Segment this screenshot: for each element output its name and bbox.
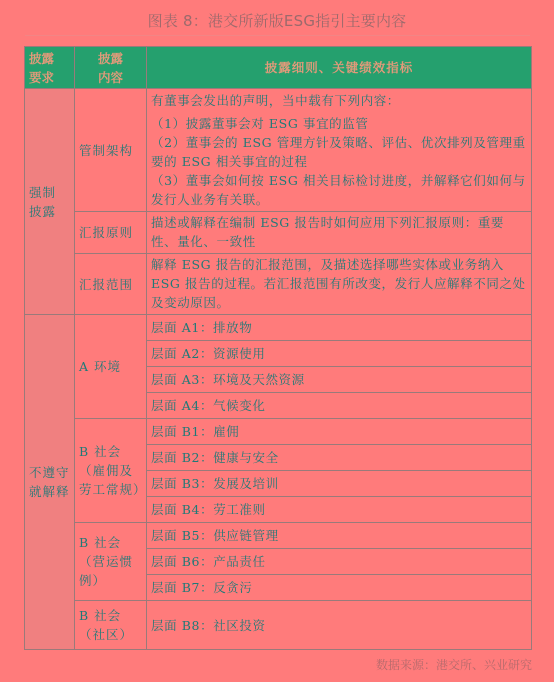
aspect-a4: 层面 A4：气候变化 — [147, 393, 532, 419]
figure-title: 图表 8：港交所新版ESG指引主要内容 — [0, 10, 554, 31]
aspect-b6: 层面 B6：产品责任 — [147, 549, 532, 575]
requirement-line: 披露 — [29, 202, 70, 221]
aspect-b4: 层面 B4：劳工准则 — [147, 497, 532, 523]
data-source-note: 数据来源：港交所、兴业研究 — [376, 656, 532, 673]
table-row: 不遵守 就解释 A 环境 层面 A1：排放物 — [25, 315, 532, 341]
details-reporting-boundary: 解释 ESG 报告的汇报范围，及描述选择哪些实体或业务纳入 ESG 报告的过程。… — [147, 254, 532, 315]
requirement-line: 不遵守 — [29, 463, 70, 482]
detail-line: （2）董事会的 ESG 管理方针及策略、评估、优次排列及管理重要的 ESG 相关… — [151, 133, 527, 171]
content-reporting-principles: 汇报原则 — [75, 212, 147, 254]
table-row: 强制 披露 管制架构 有董事会发出的声明，当中载有下列内容： （1）披露董事会对… — [25, 89, 532, 212]
header-col1-line2: 要求 — [29, 68, 70, 87]
title-divider — [25, 35, 530, 36]
content-reporting-boundary: 汇报范围 — [75, 254, 147, 315]
table-header-row: 披露 要求 披露 内容 披露细则、关键绩效指标 — [25, 47, 532, 89]
detail-line: （1）披露董事会对 ESG 事宜的监管 — [151, 114, 527, 133]
content-social-operating: B 社会（营运惯例） — [75, 523, 147, 601]
requirement-line: 强制 — [29, 183, 70, 202]
aspect-b8: 层面 B8：社区投资 — [147, 601, 532, 650]
header-col2-line1: 披露 — [79, 49, 142, 68]
aspect-a1: 层面 A1：排放物 — [147, 315, 532, 341]
header-col2-line2: 内容 — [79, 68, 142, 87]
aspect-b3: 层面 B3：发展及培训 — [147, 471, 532, 497]
content-social-community: B 社会（社区） — [75, 601, 147, 650]
detail-line: 有董事会发出的声明，当中载有下列内容： — [151, 91, 527, 110]
requirement-line: 就解释 — [29, 482, 70, 501]
content-environment: A 环境 — [75, 315, 147, 419]
header-disclosure-requirement: 披露 要求 — [25, 47, 75, 89]
aspect-b7: 层面 B7：反贪污 — [147, 575, 532, 601]
header-disclosure-content: 披露 内容 — [75, 47, 147, 89]
requirement-mandatory: 强制 披露 — [25, 89, 75, 315]
detail-line: （3）董事会如何按 ESG 相关目标检讨进度，并解释它们如何与发行人业务有关联。 — [151, 171, 527, 209]
content-social-employment: B 社会（雇佣及劳工常规） — [75, 419, 147, 523]
aspect-b1: 层面 B1：雇佣 — [147, 419, 532, 445]
table-row: B 社会（雇佣及劳工常规） 层面 B1：雇佣 — [25, 419, 532, 445]
header-disclosure-details: 披露细则、关键绩效指标 — [147, 47, 532, 89]
aspect-b2: 层面 B2：健康与安全 — [147, 445, 532, 471]
aspect-a3: 层面 A3：环境及天然资源 — [147, 367, 532, 393]
header-col1-line1: 披露 — [29, 49, 70, 68]
details-reporting-principles: 描述或解释在编制 ESG 报告时如何应用下列汇报原则：重要性、量化、一致性 — [147, 212, 532, 254]
content-governance: 管制架构 — [75, 89, 147, 212]
aspect-b5: 层面 B5：供应链管理 — [147, 523, 532, 549]
table-row: 汇报范围 解释 ESG 报告的汇报范围，及描述选择哪些实体或业务纳入 ESG 报… — [25, 254, 532, 315]
aspect-a2: 层面 A2：资源使用 — [147, 341, 532, 367]
requirement-comply-or-explain: 不遵守 就解释 — [25, 315, 75, 650]
table-row: 汇报原则 描述或解释在编制 ESG 报告时如何应用下列汇报原则：重要性、量化、一… — [25, 212, 532, 254]
table-row: B 社会（社区） 层面 B8：社区投资 — [25, 601, 532, 650]
details-governance: 有董事会发出的声明，当中载有下列内容： （1）披露董事会对 ESG 事宜的监管 … — [147, 89, 532, 212]
table-row: B 社会（营运惯例） 层面 B5：供应链管理 — [25, 523, 532, 549]
esg-guide-table: 披露 要求 披露 内容 披露细则、关键绩效指标 强制 披露 管制架构 有董事会发… — [24, 46, 532, 650]
